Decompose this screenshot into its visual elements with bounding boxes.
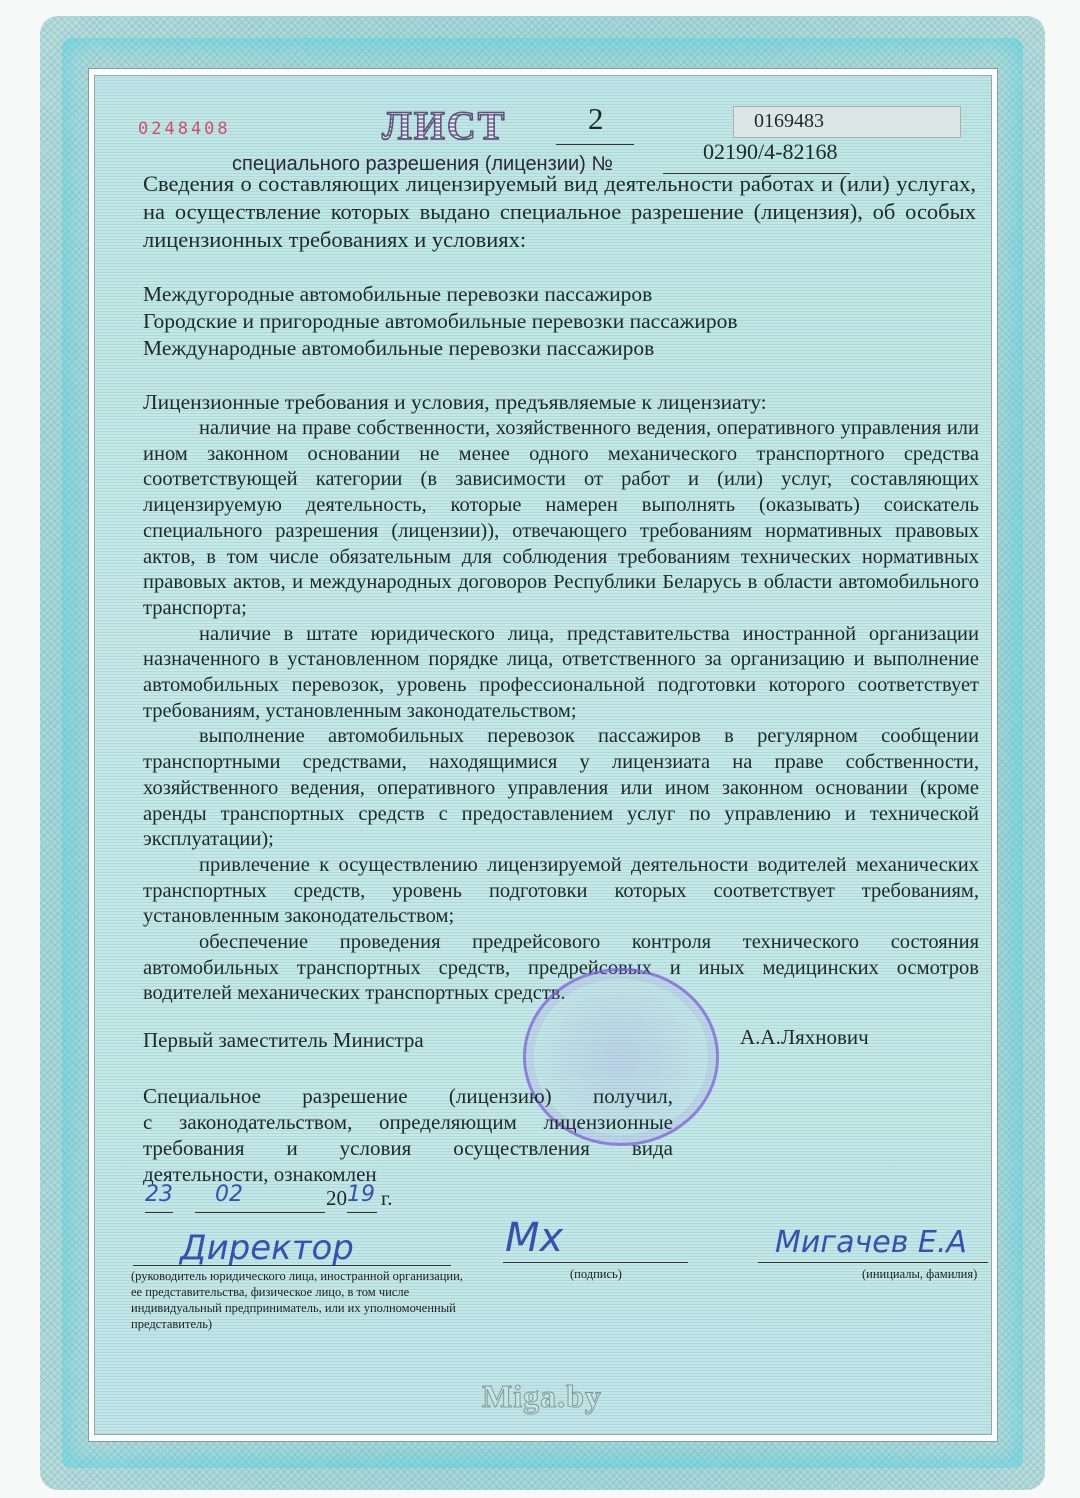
blank-number: 0169483 (754, 110, 824, 133)
sheet-number: 2 (588, 101, 604, 137)
date-suffix: г. (381, 1186, 393, 1211)
signature-line (503, 1262, 688, 1263)
activity-item: Междугородные автомобильные перевозки па… (143, 281, 738, 308)
date-day: 23 (145, 1182, 173, 1207)
handwritten-position: Директор (180, 1228, 354, 1268)
blank-number-box: 0169483 (733, 106, 961, 138)
received-line: Специальное разрешение (лицензию) получи… (143, 1083, 673, 1109)
received-acknowledgement: Специальное разрешение (лицензию) получи… (143, 1083, 673, 1187)
date-row: 23 02 20 19 г. (143, 1186, 413, 1216)
received-line: требования и условия осуществления вида (143, 1135, 673, 1161)
date-month: 02 (215, 1182, 243, 1207)
intro-paragraph: Сведения о составляющих лицензируемый ви… (143, 170, 976, 254)
year-underline (347, 1212, 377, 1213)
watermark: Miga.by (482, 1378, 602, 1415)
requirement-item: привлечение к осуществлению лицензируемо… (143, 853, 979, 930)
sheet-number-underline (556, 144, 634, 145)
initials-caption: (инициалы, фамилия) (862, 1266, 977, 1282)
received-line: с законодательством, определяющим лиценз… (143, 1109, 673, 1135)
requirement-item: наличие в штате юридического лица, предс… (143, 622, 979, 725)
month-underline (195, 1212, 325, 1213)
signature-caption: (подпись) (570, 1266, 622, 1282)
signatory-name: А.А.Ляхнович (740, 1025, 869, 1050)
requirements-list: наличие на праве собственности, хозяйств… (143, 416, 979, 1007)
initials-line (758, 1262, 988, 1263)
signatory-title: Первый заместитель Министра (143, 1028, 424, 1053)
requirement-item: наличие на праве собственности, хозяйств… (143, 416, 979, 622)
representative-sign-line (133, 1265, 451, 1266)
license-number: 02190/4-82168 (703, 139, 837, 165)
requirement-item: выполнение автомобильных перевозок пасса… (143, 724, 979, 853)
activity-item: Международные автомобильные перевозки па… (143, 335, 738, 362)
date-year-suffix: 19 (347, 1182, 375, 1207)
handwritten-initials-surname: Мигачев Е.А (775, 1225, 967, 1260)
activities-list: Междугородные автомобильные перевозки па… (143, 281, 738, 362)
day-underline (145, 1212, 173, 1213)
requirements-heading: Лицензионные требования и условия, предъ… (143, 390, 767, 415)
sheet-title: ЛИСТ (382, 104, 506, 148)
serial-number: 0248408 (138, 119, 231, 139)
representative-caption: (руководитель юридического лица, иностра… (131, 1268, 471, 1332)
handwritten-signature: Мх (505, 1215, 563, 1261)
activity-item: Городские и пригородные автомобильные пе… (143, 308, 738, 335)
date-year-prefix: 20 (326, 1186, 347, 1211)
